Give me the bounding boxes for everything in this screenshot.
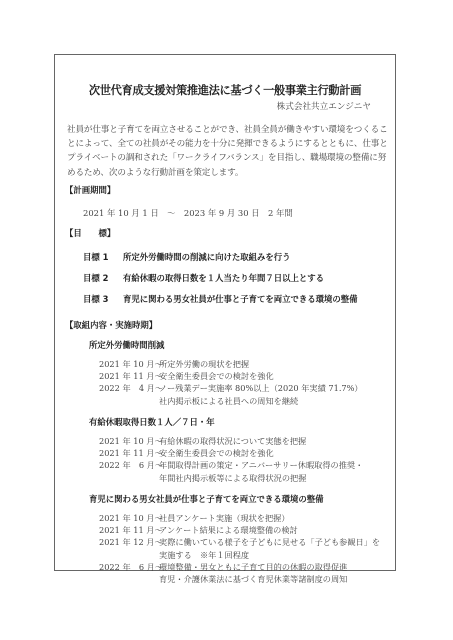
- goal-label: 目標 1: [83, 251, 123, 263]
- schedule-text: アンケート結果による環境整備の検討: [159, 524, 298, 536]
- schedule-date: 2021 年 11 月～: [99, 370, 159, 382]
- schedule-date: 2021 年 10 月～: [99, 435, 159, 447]
- goal-text: 有給休暇の取得日数を１人当たり年間７日以上とする: [123, 273, 324, 283]
- schedule-date: 2022 年 4 月～: [99, 382, 159, 394]
- schedule-date: 2021 年 11 月～: [99, 447, 159, 459]
- schedule-text: 有給休暇の取得状況について実態を把握: [159, 435, 306, 447]
- schedule-row: 2021 年 11 月～アンケート結果による環境整備の検討: [99, 524, 380, 536]
- schedule-text: 社員アンケート実施（現状を把握）: [159, 512, 290, 524]
- intro-line: めるため、次のような行動計画を策定します。: [67, 166, 381, 180]
- goal-text: 所定外労働時間の削減に向けた取組みを行う: [123, 252, 291, 262]
- schedule-row: 2022 年 6 月～年間取得計画の策定・アニバーサリー休暇取得の推奨・: [99, 459, 363, 471]
- schedule-date: 2022 年 6 月～: [99, 459, 159, 471]
- schedule-text: 実施する ※年１回程度: [159, 549, 249, 561]
- schedule-text: 安全衛生委員会での検討を強化: [159, 370, 274, 382]
- goal-item: 目標 2有給休暇の取得日数を１人当たり年間７日以上とする: [83, 272, 324, 284]
- schedule-row: 2021 年 11 月～安全衛生委員会での検討を強化: [99, 447, 363, 459]
- schedule-text: 育児・介護休業法に基づく育児休業等諸制度の周知: [159, 573, 347, 585]
- document-frame: 次世代育成支援対策推進法に基づく一般事業主行動計画 株式会社共立エンジニヤ 社員…: [54, 54, 396, 571]
- schedule-text: 安全衛生委員会での検討を強化: [159, 447, 274, 459]
- goal-item: 目標 3育児に関わる男女社員が仕事と子育てを両立できる環境の整備: [83, 293, 358, 305]
- schedule-row: 2021 年 10 月～所定外労働の現状を把握: [99, 358, 363, 370]
- goal-label: 目標 2: [83, 272, 123, 284]
- schedule-text: 実際に働いている様子を子どもに見せる「子ども参観日」を: [159, 536, 380, 548]
- schedule-row: 2021 年 11 月～安全衛生委員会での検討を強化: [99, 370, 363, 382]
- actions-heading: 【取組内容・実施時期】: [65, 319, 157, 331]
- goal-label: 目標 3: [83, 293, 123, 305]
- schedule-row: 実施する ※年１回程度: [99, 549, 380, 561]
- section-title: 所定外労働時間削減: [89, 339, 164, 351]
- schedule-row: 2022 年 4 月～ノー残業デー実施率 80%以上（2020 年実績 71.7…: [99, 382, 363, 394]
- schedule-date: [99, 395, 159, 407]
- schedule-date: 2021 年 10 月～: [99, 512, 159, 524]
- schedule-row: 2021 年 10 月～有給休暇の取得状況について実態を把握: [99, 435, 363, 447]
- section-rows: 2021 年 10 月～所定外労働の現状を把握 2021 年 11 月～安全衛生…: [99, 358, 363, 407]
- section-title: 育児に関わる男女社員が仕事と子育てを両立できる環境の整備: [89, 493, 324, 505]
- goal-text: 育児に関わる男女社員が仕事と子育てを両立できる環境の整備: [123, 294, 358, 304]
- schedule-text: 年間取得計画の策定・アニバーサリー休暇取得の推奨・: [159, 459, 363, 471]
- goals-heading: 【目 標】: [65, 227, 115, 239]
- schedule-date: 2021 年 12 月～: [99, 536, 159, 548]
- intro-paragraph: 社員が仕事と子育てを両立させることができ、社員全員が働きやすい環境をつくるこ と…: [67, 123, 381, 180]
- section-rows: 2021 年 10 月～有給休暇の取得状況について実態を把握 2021 年 11…: [99, 435, 363, 484]
- schedule-date: 2022 年 6 月～: [99, 561, 159, 573]
- section-rows: 2021 年 10 月～社員アンケート実施（現状を把握） 2021 年 11 月…: [99, 512, 380, 585]
- intro-line: 社員が仕事と子育てを両立させることができ、社員全員が働きやすい環境をつくるこ: [67, 123, 381, 137]
- goal-item: 目標 1所定外労働時間の削減に向けた取組みを行う: [83, 251, 291, 263]
- schedule-date: [99, 549, 159, 561]
- schedule-row: 社内掲示板による社員への周知を継続: [99, 395, 363, 407]
- schedule-text: ノー残業デー実施率 80%以上（2020 年実績 71.7%）: [159, 382, 363, 394]
- schedule-date: 2021 年 10 月～: [99, 358, 159, 370]
- period-text: 2021 年 10 月 1 日 ～ 2023 年 9 月 30 日 2 年間: [83, 207, 293, 219]
- schedule-date: 2021 年 11 月～: [99, 524, 159, 536]
- period-heading: 【計画期間】: [65, 184, 115, 196]
- schedule-text: 年間社内掲示板等による取得状況の把握: [159, 472, 306, 484]
- intro-line: とによって、全ての社員がその能力を十分に発揮できるようにするとともに、仕事と: [67, 137, 381, 151]
- document-title: 次世代育成支援対策推進法に基づく一般事業主行動計画: [55, 82, 395, 98]
- schedule-row: 2022 年 6 月～環境整備・男女ともに子育て目的の休暇の取得促進: [99, 561, 380, 573]
- schedule-date: [99, 573, 159, 585]
- schedule-text: 社内掲示板による社員への周知を継続: [159, 395, 298, 407]
- section-title: 有給休暇取得日数１人／７日・年: [89, 416, 215, 428]
- schedule-row: 育児・介護休業法に基づく育児休業等諸制度の周知: [99, 573, 380, 585]
- schedule-text: 環境整備・男女ともに子育て目的の休暇の取得促進: [159, 561, 347, 573]
- company-name: 株式会社共立エンジニヤ: [277, 100, 371, 112]
- intro-line: プライベートの調和された「ワークライフバランス」を目指し、職場環境の整備に努: [67, 151, 381, 165]
- schedule-row: 年間社内掲示板等による取得状況の把握: [99, 472, 363, 484]
- schedule-text: 所定外労働の現状を把握: [159, 358, 249, 370]
- schedule-row: 2021 年 12 月～実際に働いている様子を子どもに見せる「子ども参観日」を: [99, 536, 380, 548]
- schedule-row: 2021 年 10 月～社員アンケート実施（現状を把握）: [99, 512, 380, 524]
- schedule-date: [99, 472, 159, 484]
